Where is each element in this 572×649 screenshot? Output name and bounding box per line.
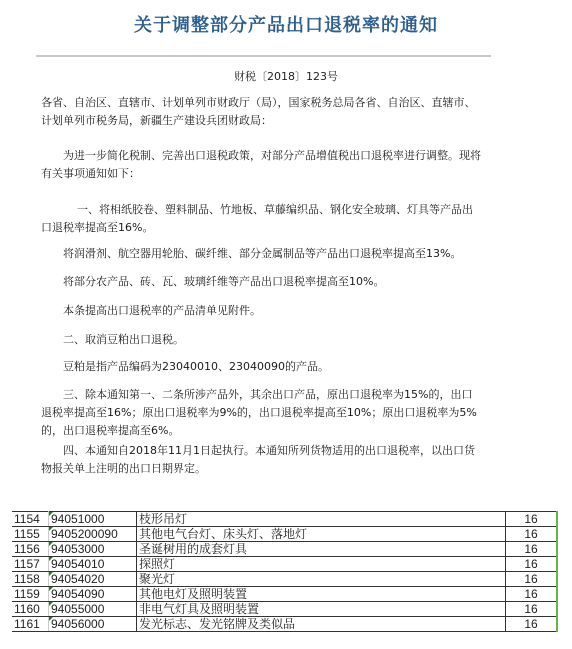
selection-edge	[557, 617, 559, 632]
rebate-rate-cell[interactable]: 16	[506, 512, 558, 527]
addressee-paragraph: 各省、自治区、直辖市、计划单列市财政厅（局），国家税务总局各省、自治区、直辖市、…	[41, 94, 481, 130]
rebate-rate-cell[interactable]: 16	[506, 542, 558, 557]
rebate-rate-cell[interactable]: 16	[506, 527, 558, 542]
table-row: 1155 9405200090 其他电气台灯、床头灯、落地灯 16	[12, 527, 559, 542]
row-index-cell[interactable]: 1158	[12, 572, 49, 587]
clause-4-paragraph: 四、本通知自2018年11月1日起执行。本通知所列货物适用的出口退税率，以出口货…	[41, 442, 481, 478]
selection-edge	[557, 542, 559, 557]
number-as-text-marker-icon	[49, 587, 53, 591]
rebate-rate-cell[interactable]: 16	[506, 602, 558, 617]
rebate-rate-cell[interactable]: 16	[506, 587, 558, 602]
number-as-text-marker-icon	[49, 512, 53, 516]
selection-edge	[557, 572, 559, 587]
table-row: 1157 94054010 探照灯 16	[12, 557, 559, 572]
clause-1-attachment-paragraph: 本条提高出口退税率的产品清单见附件。	[41, 302, 481, 320]
product-code-cell[interactable]: 94055000	[49, 602, 137, 617]
product-name-cell[interactable]: 聚光灯	[137, 572, 506, 587]
table-row: 1156 94053000 圣诞树用的成套灯具 16	[12, 542, 559, 557]
selection-edge	[557, 587, 559, 602]
product-rate-table: 1154 94051000 枝形吊灯 16 1155 9405200090 其他…	[12, 511, 559, 632]
rebate-rate-cell[interactable]: 16	[506, 617, 558, 632]
number-as-text-marker-icon	[49, 617, 53, 621]
product-name-cell[interactable]: 枝形吊灯	[137, 512, 506, 527]
row-index-cell[interactable]: 1161	[12, 617, 49, 632]
table-row: 1159 94054090 其他电灯及照明装置 16	[12, 587, 559, 602]
title-divider	[36, 55, 491, 57]
clause-1-13pct-paragraph: 将润滑剂、航空器用轮胎、碳纤维、部分金属制品等产品出口退税率提高至13%。	[41, 245, 481, 263]
selection-edge	[557, 512, 559, 527]
clause-1-paragraph: 一、将相纸胶卷、塑料制品、竹地板、草藤编织品、钢化安全玻璃、灯具等产品出口退税率…	[41, 201, 481, 237]
table-row: 1161 94056000 发光标志、发光铭牌及类似品 16	[12, 617, 559, 632]
rebate-rate-cell[interactable]: 16	[506, 572, 558, 587]
page-title: 关于调整部分产品出口退税率的通知	[0, 11, 572, 37]
selection-edge	[557, 602, 559, 617]
product-code-cell[interactable]: 94054090	[49, 587, 137, 602]
table-row: 1160 94055000 非电气灯具及照明装置 16	[12, 602, 559, 617]
product-name-cell[interactable]: 其他电灯及照明装置	[137, 587, 506, 602]
product-name-cell[interactable]: 其他电气台灯、床头灯、落地灯	[137, 527, 506, 542]
number-as-text-marker-icon	[49, 542, 53, 546]
number-as-text-marker-icon	[49, 572, 53, 576]
clause-3-paragraph: 三、除本通知第一、二条所涉产品外，其余出口产品，原出口退税率为15%的，出口退税…	[41, 386, 481, 440]
selection-edge	[557, 527, 559, 542]
row-index-cell[interactable]: 1155	[12, 527, 49, 542]
product-name-cell[interactable]: 非电气灯具及照明装置	[137, 602, 506, 617]
product-code-cell[interactable]: 94051000	[49, 512, 137, 527]
row-index-cell[interactable]: 1160	[12, 602, 49, 617]
row-index-cell[interactable]: 1157	[12, 557, 49, 572]
selection-edge	[557, 557, 559, 572]
document-number: 财税〔2018〕123号	[0, 68, 572, 84]
clause-1-10pct-paragraph: 将部分农产品、砖、瓦、玻璃纤维等产品出口退税率提高至10%。	[41, 273, 481, 291]
number-as-text-marker-icon	[49, 602, 53, 606]
row-index-cell[interactable]: 1156	[12, 542, 49, 557]
number-as-text-marker-icon	[49, 557, 53, 561]
clause-2-detail-paragraph: 豆粕是指产品编码为23040010、23040090的产品。	[41, 358, 481, 376]
number-as-text-marker-icon	[49, 527, 53, 531]
clause-2-paragraph: 二、取消豆粕出口退税。	[41, 331, 481, 349]
product-name-cell[interactable]: 发光标志、发光铭牌及类似品	[137, 617, 506, 632]
product-code-cell[interactable]: 94056000	[49, 617, 137, 632]
product-code-cell[interactable]: 9405200090	[49, 527, 137, 542]
product-name-cell[interactable]: 圣诞树用的成套灯具	[137, 542, 506, 557]
table-row: 1158 94054020 聚光灯 16	[12, 572, 559, 587]
row-index-cell[interactable]: 1159	[12, 587, 49, 602]
intro-paragraph: 为进一步简化税制、完善出口退税政策，对部分产品增值税出口退税率进行调整。现将有关…	[41, 147, 481, 183]
product-code-cell[interactable]: 94053000	[49, 542, 137, 557]
product-code-cell[interactable]: 94054020	[49, 572, 137, 587]
rebate-rate-cell[interactable]: 16	[506, 557, 558, 572]
row-index-cell[interactable]: 1154	[12, 512, 49, 527]
product-name-cell[interactable]: 探照灯	[137, 557, 506, 572]
table-row: 1154 94051000 枝形吊灯 16	[12, 512, 559, 527]
product-code-cell[interactable]: 94054010	[49, 557, 137, 572]
